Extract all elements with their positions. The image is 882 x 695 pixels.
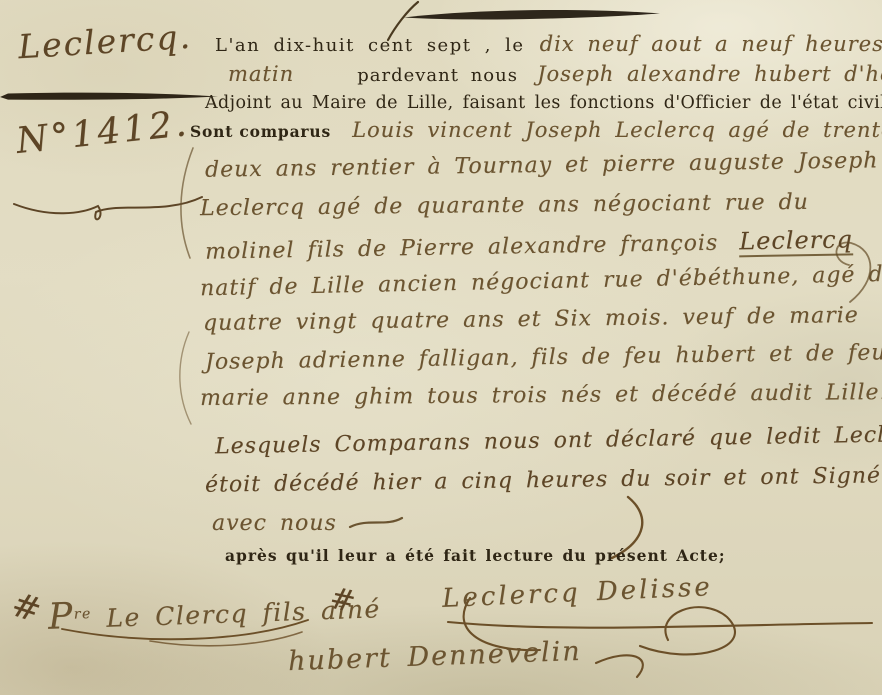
signature-hubert-dennevelin: hubert Dennevelin xyxy=(288,636,583,677)
document-page: Leclercq. N°1412. L'an dix-huit cent sep… xyxy=(0,0,882,695)
left-paraph-mark: # xyxy=(7,584,47,631)
left-signature-swash-2 xyxy=(150,632,302,646)
avec-nous-tail-flourish xyxy=(350,518,402,527)
printed-adjoint-line: Adjoint au Maire de Lille, faisant les f… xyxy=(205,93,882,113)
right-signature-loop-right xyxy=(640,607,735,654)
printed-year-text: L'an dix-huit cent sept , le xyxy=(215,35,525,56)
left-margin-flourish-lower xyxy=(180,332,191,424)
handwritten-declarant-1: Louis vincent Joseph Leclercq agé de tre… xyxy=(352,118,882,142)
handwritten-line-9: Joseph adrienne falligan, fils de feu hu… xyxy=(205,340,882,375)
right-signature-underline xyxy=(448,622,872,628)
handwritten-declaration-line: Lesquels Comparans nous ont déclaré que … xyxy=(215,422,882,460)
signature-superscript: re xyxy=(73,606,92,623)
handwritten-line-8: quatre vingt quatre ans et Six mois. veu… xyxy=(203,303,859,336)
act-number-flourish xyxy=(14,197,202,219)
handwritten-matin: matin xyxy=(228,62,294,86)
handwritten-death-time-line: étoit décédé hier a cinq heures du soir … xyxy=(205,463,881,497)
bottom-signature-tail xyxy=(596,655,643,677)
handwritten-officiant-name: Joseph alexandre hubert d'hennevelin xyxy=(537,62,882,86)
signature-leclercq-delisse: Leclercq Delisse xyxy=(441,572,713,614)
printed-lecture-line: après qu'il leur a été fait lecture du p… xyxy=(225,546,726,565)
margin-rule-line xyxy=(0,93,218,100)
handwritten-line-7: natif de Lille ancien négociant rue d'éb… xyxy=(200,262,882,302)
handwritten-line-4: deux ans rentier à Tournay et pierre aug… xyxy=(205,148,879,182)
handwritten-line-6: molinel fils de Pierre alexandre françoi… xyxy=(205,225,853,264)
margin-act-number: N°1412. xyxy=(14,103,191,162)
printed-pardevant: pardevant nous xyxy=(357,65,518,86)
printed-sont-comparus: Sont comparus xyxy=(190,122,331,141)
body-line-date: L'an dix-huit cent sept , le dix neuf ao… xyxy=(215,32,882,56)
signature-initial: P xyxy=(47,596,74,638)
left-margin-flourish-upper xyxy=(181,148,193,258)
handwritten-filiation: molinel fils de Pierre alexandre françoi… xyxy=(205,231,719,265)
body-line-comparus: Sont comparus Louis vincent Joseph Lecle… xyxy=(190,118,882,142)
underlined-surname: Leclercq xyxy=(739,225,853,257)
margin-surname: Leclercq. xyxy=(17,17,193,67)
top-heavy-ink-rule xyxy=(404,10,660,19)
handwritten-line-10: marie anne ghim tous trois nés et décédé… xyxy=(200,380,882,411)
handwritten-avec-nous: avec nous xyxy=(212,511,337,536)
handwritten-date-time: dix neuf aout a neuf heures du xyxy=(540,32,882,56)
handwritten-line-5: Leclercq agé de quarante ans négociant r… xyxy=(200,190,809,221)
body-line-officiant: matin pardevant nous Joseph alexandre hu… xyxy=(228,62,882,86)
